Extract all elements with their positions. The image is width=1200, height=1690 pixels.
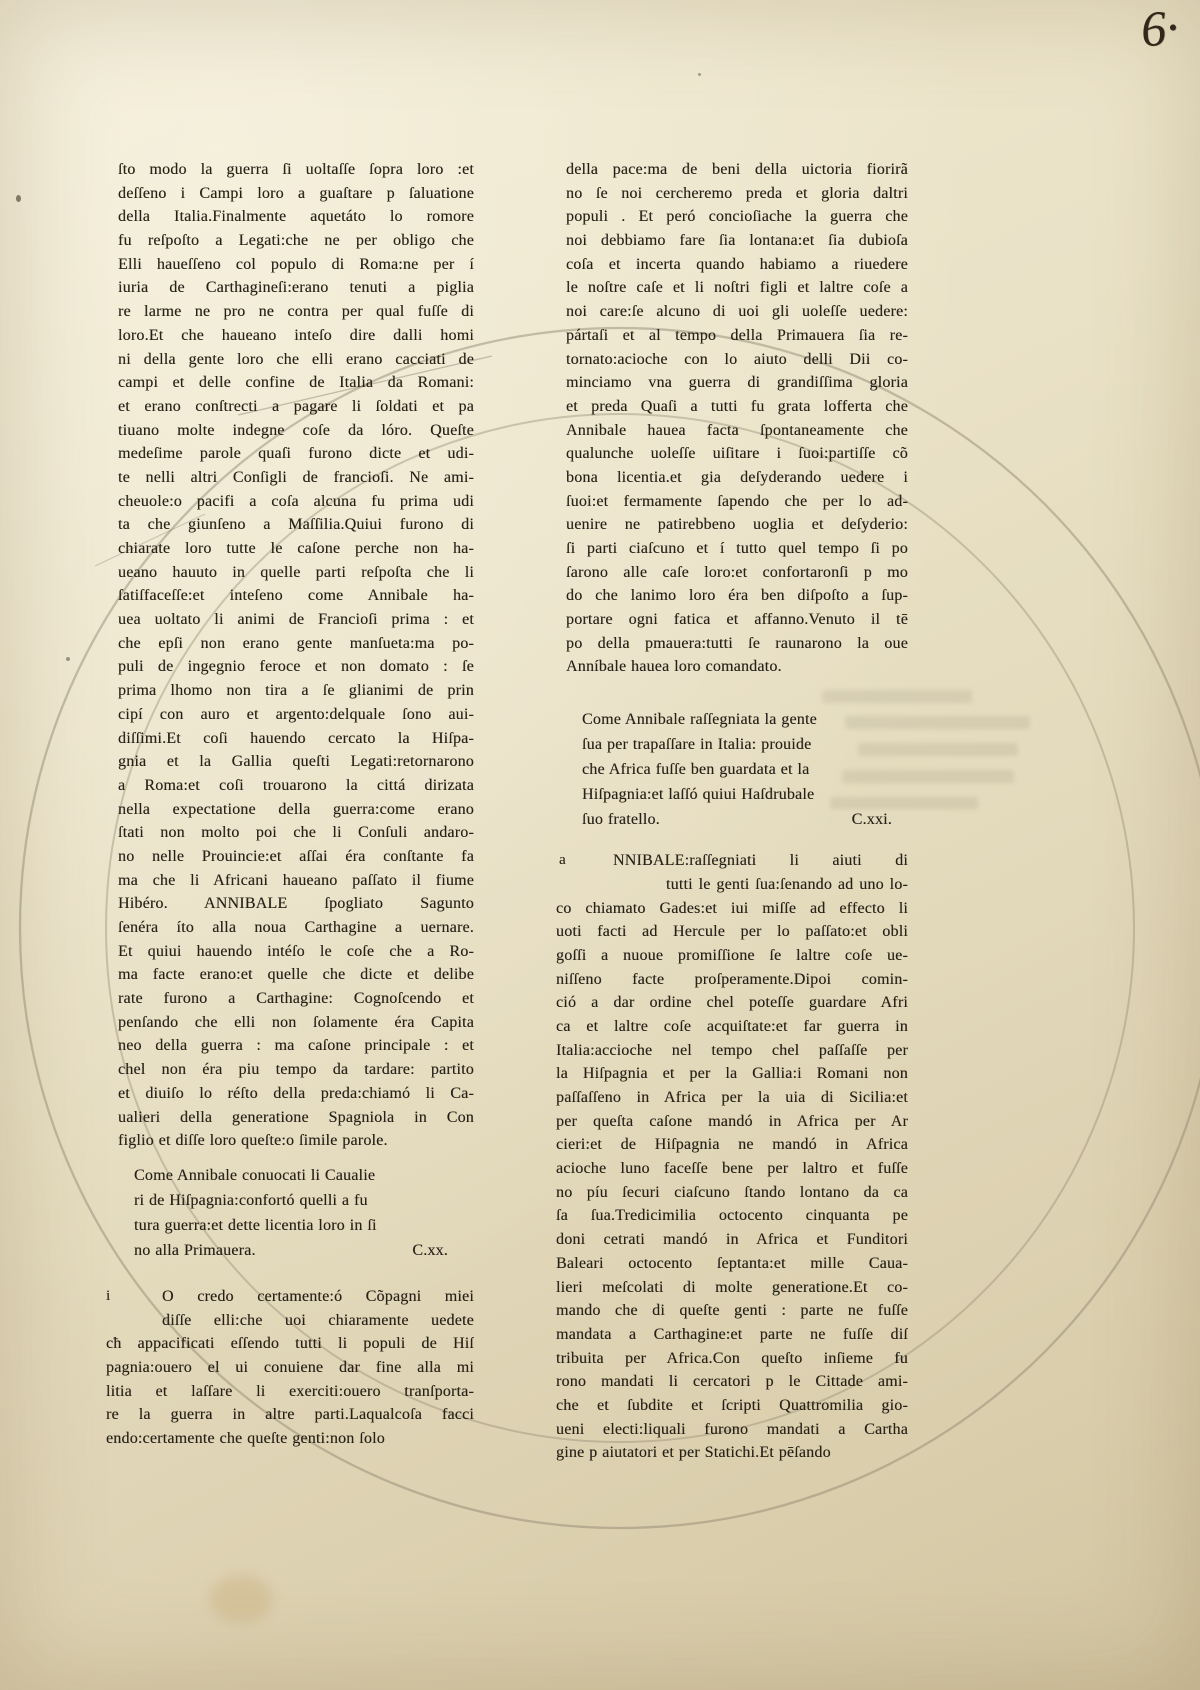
ink-speck	[698, 73, 701, 76]
text-line-content: NNIBALE:raſſegniati li aiuti di	[613, 852, 908, 869]
text-line: cheuole:o pacifi a coſa alcuna fu prima …	[106, 490, 474, 514]
text-line: do che lanimo loro éra ben diſpoſto a ſu…	[556, 584, 908, 608]
text-line: ri de Hiſpagnia:confortó quelli a fu	[106, 1188, 474, 1213]
text-line: ualieri della generatione Spagniola in C…	[106, 1106, 474, 1130]
text-line: ſenéra íto alla noua Carthagine a uernar…	[106, 916, 474, 940]
text-line: neo della guerra : ma caſone principale …	[106, 1034, 474, 1058]
text-line: re la guerra in altre parti.Laqualcoſa f…	[106, 1403, 474, 1427]
text-line: gine p aiutatori et per Statichi.Et pēſa…	[556, 1441, 908, 1465]
chapter-heading: Come Annibale conuocati li Caualieri de …	[106, 1163, 474, 1263]
text-line: ſuoi:et fermamente ſapendo che per lo ad…	[556, 490, 908, 514]
text-line: Hibéro. ANNIBALE ſpogliato Sagunto	[106, 892, 474, 916]
text-line: ca et laltre coſe acquiſtate:et far guer…	[556, 1015, 908, 1039]
text-line: gnia et la Gallia queſti Legati:retornar…	[106, 750, 474, 774]
text-line: ſi parti ciaſcuno et í tutto quel tempo …	[556, 537, 908, 561]
text-line: puli de ingegnio feroce et non domato : …	[106, 655, 474, 679]
text-line: Hiſpagnia:et laſſó quiui Haſdrubale	[556, 782, 908, 807]
text-line: uoti facti ad Hercule per lo paſſato:et …	[556, 920, 908, 944]
text-line: tornato:acioche con lo aiuto delli Dii c…	[556, 348, 908, 372]
stain	[210, 1575, 272, 1623]
text-line: et erano conſtrecti a pagare li ſoldati …	[106, 395, 474, 419]
text-line: cieri:et de Hiſpagnia ne mandó in Africa	[556, 1133, 908, 1157]
text-line: chiarate loro tutte le caſone perche non…	[106, 537, 474, 561]
text-line: ni della gente loro che elli erano cacci…	[106, 348, 474, 372]
text-line: fu reſpoſto a Legati:che ne per obligo c…	[106, 229, 474, 253]
text-line: acioche luno faceſſe bene per laltro et …	[556, 1157, 908, 1181]
text-line: te nelli altri Conſigli de francioſi. Ne…	[106, 466, 474, 490]
text-paragraph: iO credo certamente:ó Cõpagni mieidiſſe …	[106, 1285, 474, 1451]
text-line: mandata a Carthagine:et parte ne fuſſe d…	[556, 1323, 908, 1347]
text-line: paſſaſſeno in Africa per la uia di Sicil…	[556, 1086, 908, 1110]
text-paragraph: aNNIBALE:raſſegniati li aiuti ditutti le…	[556, 849, 908, 1465]
text-line: ſarono alle caſe loro:et confortaronſi p…	[556, 561, 908, 585]
text-line: tutti le genti ſua:ſenando ad uno lo-	[556, 873, 908, 897]
text-line: diſſe elli:che uoi chiaramente uedete	[106, 1309, 474, 1333]
text-line: ma che li Africani haueano paſſato il fi…	[106, 869, 474, 893]
text-line: uea uoltato li animi de Francioſi prima …	[106, 608, 474, 632]
text-line: nella expectatione della guerra:come era…	[106, 798, 474, 822]
text-line: a Roma:et coſi trouarono la cittá diriza…	[106, 774, 474, 798]
text-line: figlio et diſſe loro queſte:o ſimile par…	[106, 1129, 474, 1153]
text-line: ſatiſfaceſſe:et inteſeno come Annibale h…	[106, 584, 474, 608]
chapter-number: C.xx.	[412, 1238, 448, 1263]
chapter-number: C.xxi.	[852, 807, 892, 832]
ink-speck	[16, 195, 21, 202]
text-line: Come Annibale raſſegniata la gente	[556, 707, 908, 732]
text-line: Anníbale hauea loro comandato.	[556, 655, 908, 679]
text-line: Italia:accioche nel tempo chel paſſaſſe …	[556, 1039, 908, 1063]
text-line: campi et delle confine de Italia da Roma…	[106, 371, 474, 395]
text-line: rono mandati li cercatori p le Cittade a…	[556, 1370, 908, 1394]
text-line: pártaſi et al tempo della Primauera ſia …	[556, 324, 908, 348]
text-line: no nelle Prouincie:et aſſai éra conſtant…	[106, 845, 474, 869]
text-line: no alla Primauera.C.xx.	[106, 1238, 474, 1263]
text-line: tiuano molte indegne coſe da lóro. Queſt…	[106, 419, 474, 443]
text-line: cħ appacificati eſſendo tutti li populi …	[106, 1332, 474, 1356]
text-line: litia et laſſare li exerciti:ouero tranſ…	[106, 1380, 474, 1404]
heading-last-words: no alla Primauera.	[134, 1238, 256, 1263]
text-line: ueni electi:liquali furono mandati a Car…	[556, 1418, 908, 1442]
text-line: uenire ne patirebbeno uoglia et deſyderi…	[556, 513, 908, 537]
text-line: noi care:ſe alcuno di uoi gli uoleſſe ue…	[556, 300, 908, 324]
text-line: mando che di queſte genti : parte ne fuſ…	[556, 1299, 908, 1323]
text-line: della Italia.Finalmente aquetáto lo romo…	[106, 205, 474, 229]
text-line: che et ſubdite et ſcripti Quattromilia g…	[556, 1394, 908, 1418]
text-line: per queſta caſone mandó in Africa per Ar	[556, 1110, 908, 1134]
text-line: lieri meſcolati di molte generatione.Et …	[556, 1276, 908, 1300]
text-line: chel non éra piu tempo da tardare: parti…	[106, 1058, 474, 1082]
text-line: penſando che elli non ſolamente éra Capi…	[106, 1011, 474, 1035]
text-line: ſua per trapaſſare in Italia: prouide	[556, 732, 908, 757]
text-line: cipí con auro et argento:delquale ſono a…	[106, 703, 474, 727]
text-line: Baleari octocento ſeptanta:et mille Caua…	[556, 1252, 908, 1276]
text-line: coſa et incerta quando habiamo a riueder…	[556, 253, 908, 277]
text-line: et preda Quaſi a tutti fu grata lofferta…	[556, 395, 908, 419]
text-line: le noſtre caſe et li noſtri figli et lal…	[556, 276, 908, 300]
text-line: Come Annibale conuocati li Caualie	[106, 1163, 474, 1188]
text-line: no píu ſecuri ciaſcuno ſtando lontano da…	[556, 1181, 908, 1205]
text-line: no ſe noi cercheremo preda et gloria dal…	[556, 182, 908, 206]
text-line: iO credo certamente:ó Cõpagni miei	[106, 1285, 474, 1309]
column-left: ſto modo la guerra ſi uoltaſſe ſopra lor…	[106, 158, 474, 1451]
text-line: rate furono a Carthagine: Cognoſcendo et	[106, 987, 474, 1011]
text-line: ció a dar ordine chel poteſſe guardare A…	[556, 991, 908, 1015]
text-line: aNNIBALE:raſſegniati li aiuti di	[556, 849, 908, 873]
chapter-heading: Come Annibale raſſegniata la genteſua pe…	[556, 707, 908, 832]
text-line: co chiamato Gades:et iui miſſe ad effect…	[556, 897, 908, 921]
text-line: re larme ne pro ne contra per qual fuſſe…	[106, 300, 474, 324]
text-line-content: O credo certamente:ó Cõpagni miei	[162, 1288, 474, 1305]
text-line: ſtati non molto poi che li Conſuli andar…	[106, 821, 474, 845]
text-line: che Africa fuſſe ben guardata et la	[556, 757, 908, 782]
text-line: tribuita per Africa.Con queſto inſieme f…	[556, 1347, 908, 1371]
text-line: bona licentia.et gia deſyderando uedere …	[556, 466, 908, 490]
text-line: goſſi a nuoue promiſſione ſe laltre coſe…	[556, 944, 908, 968]
text-line: prima lhomo non tira a ſe glianimi de pr…	[106, 679, 474, 703]
text-line: noi debbiamo fare ſia lontana:et ſia dub…	[556, 229, 908, 253]
text-line: Et quiui hauendo intéſo le coſe che a Ro…	[106, 940, 474, 964]
text-line: tura guerra:et dette licentia loro in ſi	[106, 1213, 474, 1238]
folio-number: 6·	[1139, 0, 1180, 57]
ink-speck	[66, 657, 70, 661]
guide-letter: i	[106, 1285, 110, 1309]
text-line: ueano hauuto in quelle parti reſpoſta ch…	[106, 561, 474, 585]
text-line: ſuo fratello.C.xxi.	[556, 807, 908, 832]
text-paragraph: ſto modo la guerra ſi uoltaſſe ſopra lor…	[106, 158, 474, 1153]
text-line: populi . Et peró concioſiache la guerra …	[556, 205, 908, 229]
text-line: qualunche uoleſſe uiſitare i ſuoi:partiſ…	[556, 442, 908, 466]
text-paragraph: della pace:ma de beni della uictoria fio…	[556, 158, 908, 679]
text-line: Annibale hauea facta ſpontaneamente che	[556, 419, 908, 443]
text-line: endo:certamente che queſte genti:non ſol…	[106, 1427, 474, 1451]
text-line: pagnia:ouero el ui conuiene dar fine all…	[106, 1356, 474, 1380]
text-line: ſa ſua.Tredicimilia octocento cinquanta …	[556, 1204, 908, 1228]
text-line: loro.Et che haueano inteſo dire dalli ho…	[106, 324, 474, 348]
text-line: minciamo vna guerra di grandiſſima glori…	[556, 371, 908, 395]
text-line: portare ogni fatica et affanno.Venuto il…	[556, 608, 908, 632]
text-line: ſto modo la guerra ſi uoltaſſe ſopra lor…	[106, 158, 474, 182]
guide-letter: a	[559, 849, 566, 873]
text-line: doni cetrati mandó in Africa et Funditor…	[556, 1228, 908, 1252]
heading-last-words: ſuo fratello.	[582, 807, 660, 832]
text-line: medeſime parole quaſi furono dicte et ud…	[106, 442, 474, 466]
text-line: ta che giunſeno a Maſſilia.Quiui furono …	[106, 513, 474, 537]
text-line: Elli haueſſeno col populo di Roma:ne per…	[106, 253, 474, 277]
text-line: iuria de Carthagineſi:erano tenuti a pig…	[106, 276, 474, 300]
text-line: po della pmauera:tutti ſe raunarono la o…	[556, 632, 908, 656]
text-line: et diuiſo lo réſto della preda:chiamó li…	[106, 1082, 474, 1106]
column-right: della pace:ma de beni della uictoria fio…	[556, 158, 908, 1465]
text-line: ma facte erano:et quelle che dicte et de…	[106, 963, 474, 987]
text-line: deſſeno i Campi loro a guaſtare p ſaluat…	[106, 182, 474, 206]
text-line: della pace:ma de beni della uictoria fio…	[556, 158, 908, 182]
incunabula-page: 6· ſto modo la guerra ſi uoltaſſe ſopra …	[0, 0, 1200, 1690]
text-line: niſſeno facte proſperamente.Dipoi comin-	[556, 968, 908, 992]
text-line: che epſi non erano gente manſueta:ma po-	[106, 632, 474, 656]
text-line: la Hiſpagnia et per la Gallia:i Romani n…	[556, 1062, 908, 1086]
text-line: diſſimi.Et coſi hauendo cercato la Hiſpa…	[106, 727, 474, 751]
